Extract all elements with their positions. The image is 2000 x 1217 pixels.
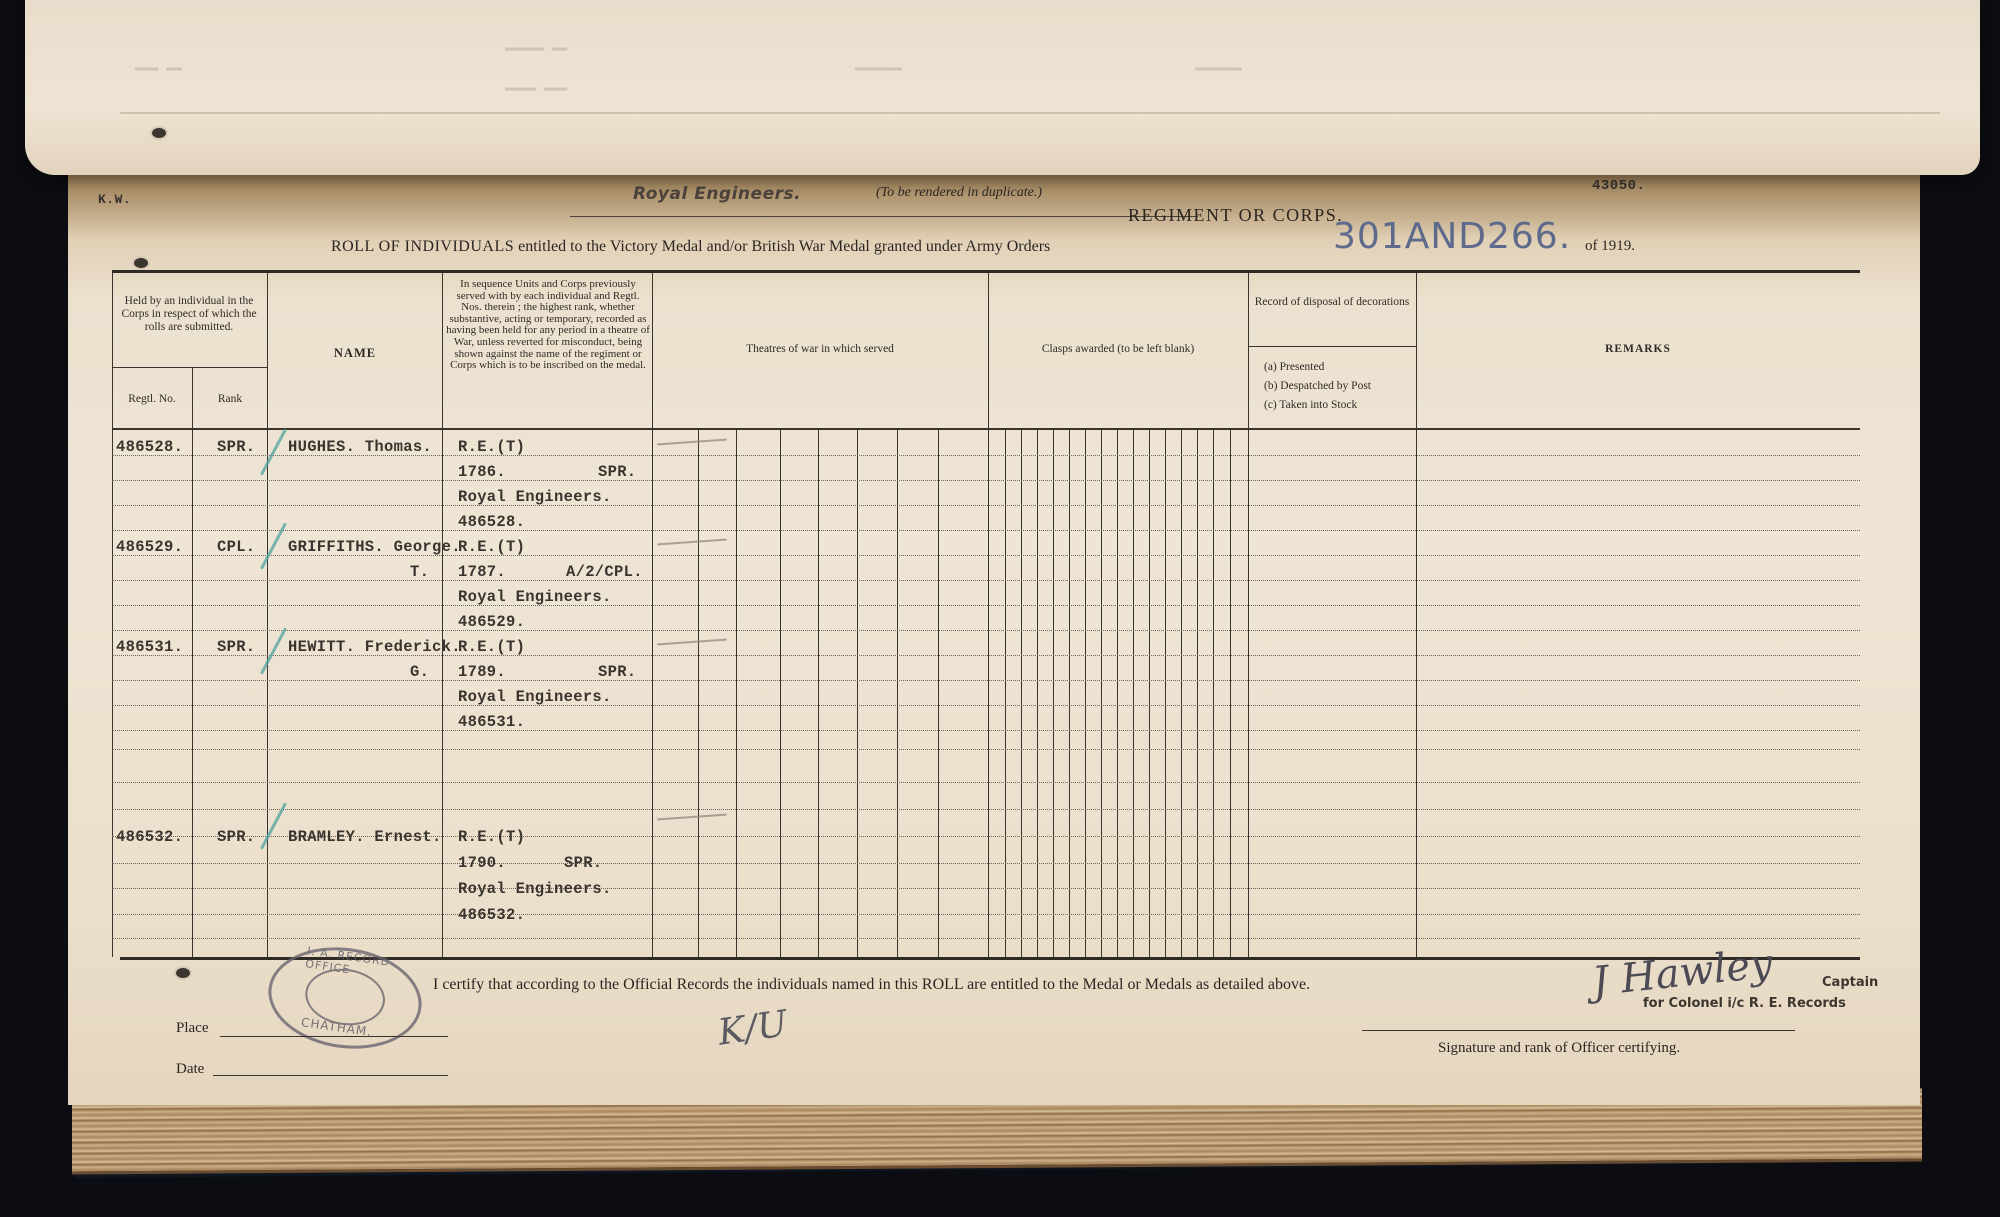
soldier-name: HUGHES. Thomas. (288, 438, 432, 456)
regtl-no: 486528. (116, 438, 183, 456)
roll-title-caps: ROLL OF INDIVIDUALS (331, 238, 514, 255)
col-border (652, 273, 653, 755)
faded-text: ▬▬▬▬ ▬▬▬ (505, 80, 567, 95)
year-label: of 1919. (1585, 238, 1635, 255)
checkmark-icon (260, 428, 287, 475)
unit-rank: SPR. (598, 463, 636, 481)
unit-line: R.E.(T) (458, 538, 525, 556)
header-regtl-no: Regtl. No. (114, 393, 190, 406)
unit-rank: A/2/CPL. (566, 563, 643, 581)
rank: SPR. (217, 638, 255, 656)
rendering-note: (To be rendered in duplicate.) (876, 185, 1042, 201)
unit-rank: SPR. (598, 663, 636, 681)
writing-line (112, 630, 1860, 631)
header-disposal-a: (a) Presented (1264, 361, 1324, 374)
col-border (192, 367, 193, 755)
roll-title: ROLL OF INDIVIDUALS entitled to the Vict… (331, 238, 1050, 256)
rank: SPR. (217, 438, 255, 456)
unit-regtl-no: 1786. (458, 463, 506, 481)
soldier-name-cont: T. (410, 563, 429, 581)
faded-text: ▬▬▬▬▬▬ (855, 60, 902, 75)
header-disposal-b: (b) Despatched by Post (1264, 380, 1371, 393)
writing-line (112, 605, 1860, 606)
unit-regtl-no: 1787. (458, 563, 506, 581)
regtl-no: 486529. (116, 538, 183, 556)
pencil-mark (657, 539, 727, 546)
medal-regtl-no: 486529. (458, 613, 525, 631)
col-border (442, 273, 443, 755)
header-remarks: REMARKS (1418, 343, 1858, 356)
faded-text: ▬▬▬▬▬ ▬▬ (505, 40, 567, 55)
medal-regtl-no: 486531. (458, 713, 525, 731)
col-border (988, 273, 989, 755)
rank: CPL. (217, 538, 255, 556)
col-border (1416, 273, 1417, 755)
punch-hole (134, 258, 148, 268)
pencil-mark (657, 439, 727, 446)
pencil-mark (657, 639, 727, 646)
unit-line: R.E.(T) (458, 638, 525, 656)
writing-line (112, 749, 1860, 750)
soldier-name: GRIFFITHS. George. (288, 538, 461, 556)
writing-line (112, 580, 1860, 581)
faded-text: ▬▬▬▬▬▬ (1195, 60, 1242, 75)
medal-roll-table: Held by an individual in the Corps in re… (112, 270, 1860, 755)
header-clasps: Clasps awarded (to be left blank) (990, 343, 1246, 356)
header-name: NAME (270, 347, 440, 360)
header-bottom-rule (112, 428, 1860, 430)
writing-line (112, 505, 1860, 506)
corps-stamp: Royal Engineers. (633, 184, 801, 204)
regiment-label: REGIMENT OR CORPS. (1128, 205, 1343, 226)
header-rule (1248, 346, 1416, 347)
page-number: 43050. (1592, 178, 1645, 194)
checkmark-icon (260, 627, 287, 674)
roll-title-rest: entitled to the Victory Medal and/or Bri… (518, 238, 1050, 255)
header-units-sequence: In sequence Units and Corps previously s… (446, 279, 650, 372)
ledger-page: K.W. Royal Engineers. (To be rendered in… (68, 170, 1920, 1105)
writing-line (112, 730, 1860, 731)
soldier-name: HEWITT. Frederick. (288, 638, 461, 656)
col-border (267, 273, 268, 755)
unit-regtl-no: 1789. (458, 663, 506, 681)
col-border (112, 273, 113, 755)
unit-corps: Royal Engineers. (458, 688, 612, 706)
army-orders-stamp: 301AND266. (1333, 216, 1571, 257)
unit-line: R.E.(T) (458, 438, 525, 456)
writing-line (112, 530, 1860, 531)
writing-line (112, 705, 1860, 706)
medal-regtl-no: 486528. (458, 513, 525, 531)
header-rank: Rank (194, 393, 266, 406)
regiment-line (570, 216, 1198, 217)
previous-page-curl: ▬▬▬ ▬▬ ▬▬▬▬▬ ▬▬ ▬▬▬▬ ▬▬▬ ▬▬▬▬▬▬ ▬▬▬▬▬▬ (25, 0, 1980, 175)
header-disposal-c: (c) Taken into Stock (1264, 399, 1357, 412)
unit-corps: Royal Engineers. (458, 588, 612, 606)
faded-rule (120, 112, 1940, 114)
writing-line (112, 680, 1860, 681)
punch-hole (152, 128, 166, 138)
faded-text: ▬▬▬ ▬▬ (135, 60, 182, 75)
unit-corps: Royal Engineers. (458, 488, 612, 506)
header-held-by: Held by an individual in the Corps in re… (114, 295, 264, 334)
soldier-name-cont: G. (410, 663, 429, 681)
header-rule (112, 367, 267, 368)
regtl-no: 486531. (116, 638, 183, 656)
header-theatres: Theatres of war in which served (654, 343, 986, 356)
writing-line (112, 480, 1860, 481)
header-disposal: Record of disposal of decorations (1250, 289, 1414, 315)
clerk-initials: K.W. (98, 192, 131, 207)
